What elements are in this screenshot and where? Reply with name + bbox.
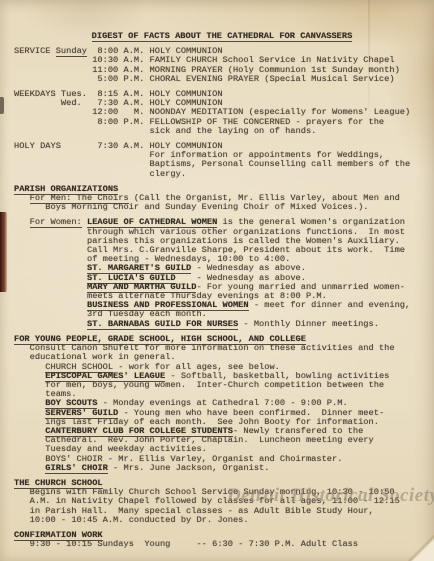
text-segment: 5:00 P.M. CHORAL EVENING PRAYER (Special… <box>14 74 395 84</box>
text-segment: 10:00 - 10:45 A.M. conducted by Dr. Jone… <box>14 515 249 525</box>
doc-line: 10:00 - 10:45 A.M. conducted by Dr. Jone… <box>14 516 430 525</box>
underlined-text: ST. BARNABAS GUILD FOR NURSES <box>87 319 238 330</box>
text-segment: - Monthly Dinner meetings. <box>238 319 379 329</box>
left-edge-album-strip <box>0 212 7 292</box>
doc-line: 9:30 - 10:15 Sundays Young -- 6:30 - 7:3… <box>14 540 430 549</box>
screenshot-root: { "colors": { "paper": "#e9ddc2", "ink":… <box>0 0 434 561</box>
doc-line: GIRLS' CHOIR - Mrs. June Jackson, Organi… <box>14 464 430 473</box>
text-segment: clergy. <box>14 169 186 179</box>
text-segment <box>14 463 45 473</box>
corner-fold <box>408 535 434 561</box>
text-segment <box>14 319 87 329</box>
doc-line: clergy. <box>14 170 430 179</box>
doc-line: Boys Morning Choir and Sunday Evening Ch… <box>14 203 430 212</box>
scanned-page: DIGEST OF FACTS ABOUT THE CATHEDRAL FOR … <box>0 0 434 561</box>
text-segment: sick and the laying on of hands. <box>14 126 316 136</box>
watermark: Detroit Historical Society <box>227 485 434 507</box>
text-segment: - Mrs. June Jackson, Organist. <box>108 463 270 473</box>
text-segment: - meet for dinner and evening, <box>249 300 411 310</box>
document-body: DIGEST OF FACTS ABOUT THE CATHEDRAL FOR … <box>14 32 430 549</box>
underlined-text: GIRLS' CHOIR <box>45 463 108 474</box>
doc-line: sick and the laying on of hands. <box>14 127 430 136</box>
doc-line: ST. BARNABAS GUILD FOR NURSES - Monthly … <box>14 320 430 329</box>
underlined-text: DIGEST OF FACTS ABOUT THE CATHEDRAL FOR … <box>92 31 353 42</box>
doc-line: 5:00 P.M. CHORAL EVENING PRAYER (Special… <box>14 75 430 84</box>
page-title-line: DIGEST OF FACTS ABOUT THE CATHEDRAL FOR … <box>14 32 430 41</box>
text-segment: Boys Morning Choir and Sunday Evening Ch… <box>14 202 369 212</box>
text-segment: 9:30 - 10:15 Sundays Young -- 6:30 - 7:3… <box>14 539 358 549</box>
left-edge-mark <box>0 97 4 114</box>
